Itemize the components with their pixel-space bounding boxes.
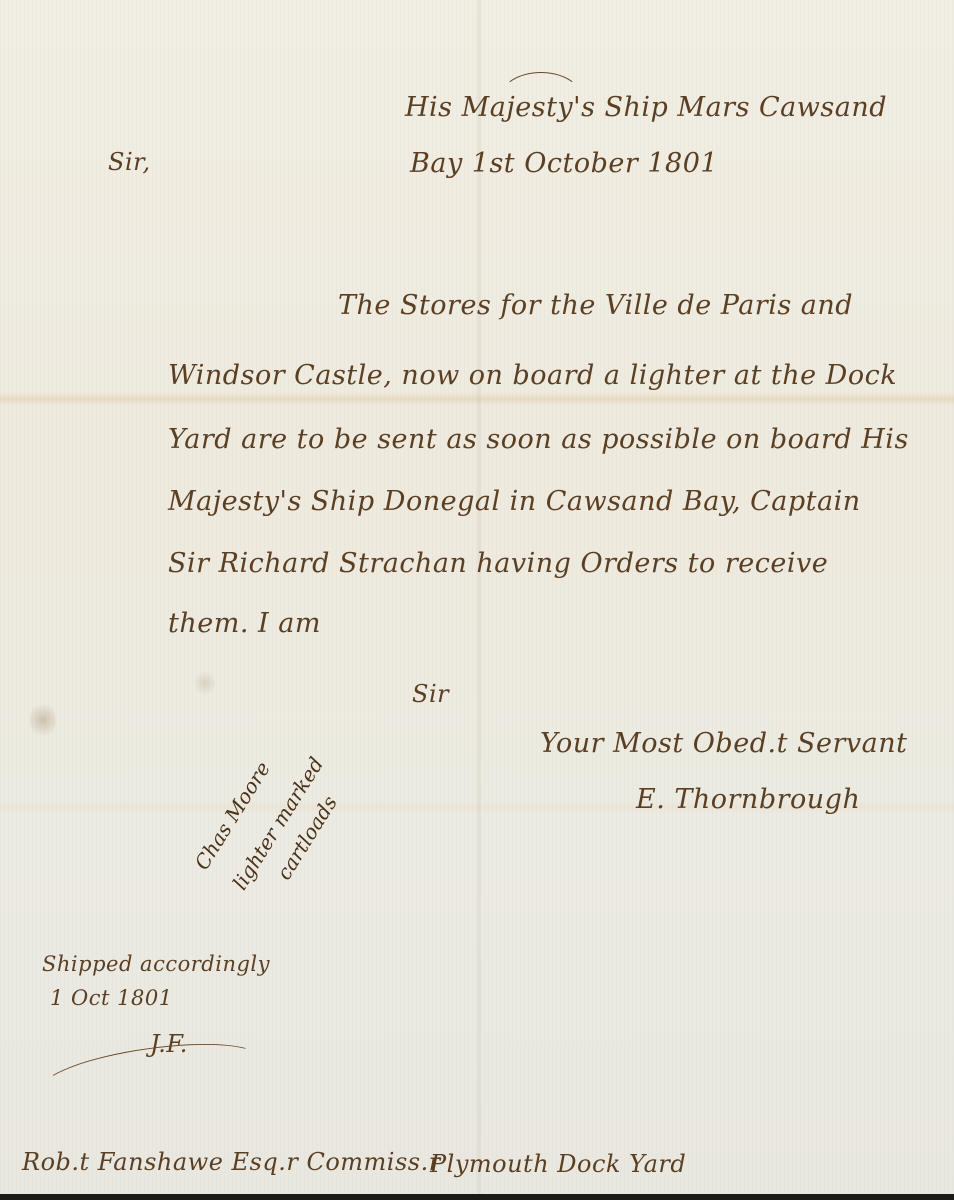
body-line-2: Windsor Castle, now on board a lighter a… (168, 360, 897, 391)
marginal-note-line-1: Shipped accordingly (42, 952, 270, 976)
closing-line: Your Most Obed.t Servant (540, 728, 907, 759)
header-line-2: Bay 1st October 1801 (410, 148, 718, 179)
addressee-name: Rob.t Fanshawe Esq.r Commiss.r (22, 1148, 441, 1176)
body-line-5: Sir Richard Strachan having Orders to re… (168, 548, 828, 579)
header-flourish (500, 72, 582, 124)
ink-stain (195, 668, 215, 698)
ink-stain (30, 700, 56, 740)
scan-background-edge (0, 1194, 954, 1200)
vertical-fold-crease (476, 0, 482, 1194)
body-line-4: Majesty's Ship Donegal in Cawsand Bay, C… (168, 486, 861, 517)
body-line-1: The Stores for the Ville de Paris and (338, 290, 853, 321)
salutation: Sir, (108, 148, 151, 176)
header-line-1: His Majesty's Ship Mars Cawsand (405, 92, 887, 123)
body-line-6: them. I am (168, 608, 321, 639)
letter-sheet: His Majesty's Ship Mars Cawsand Bay 1st … (0, 0, 954, 1194)
marginal-note-line-2: 1 Oct 1801 (50, 986, 173, 1010)
signature: E. Thornbrough (636, 784, 860, 815)
closing-sir: Sir (412, 680, 449, 708)
addressee-place: Plymouth Dock Yard (430, 1150, 686, 1178)
body-line-3: Yard are to be sent as soon as possible … (168, 424, 909, 455)
